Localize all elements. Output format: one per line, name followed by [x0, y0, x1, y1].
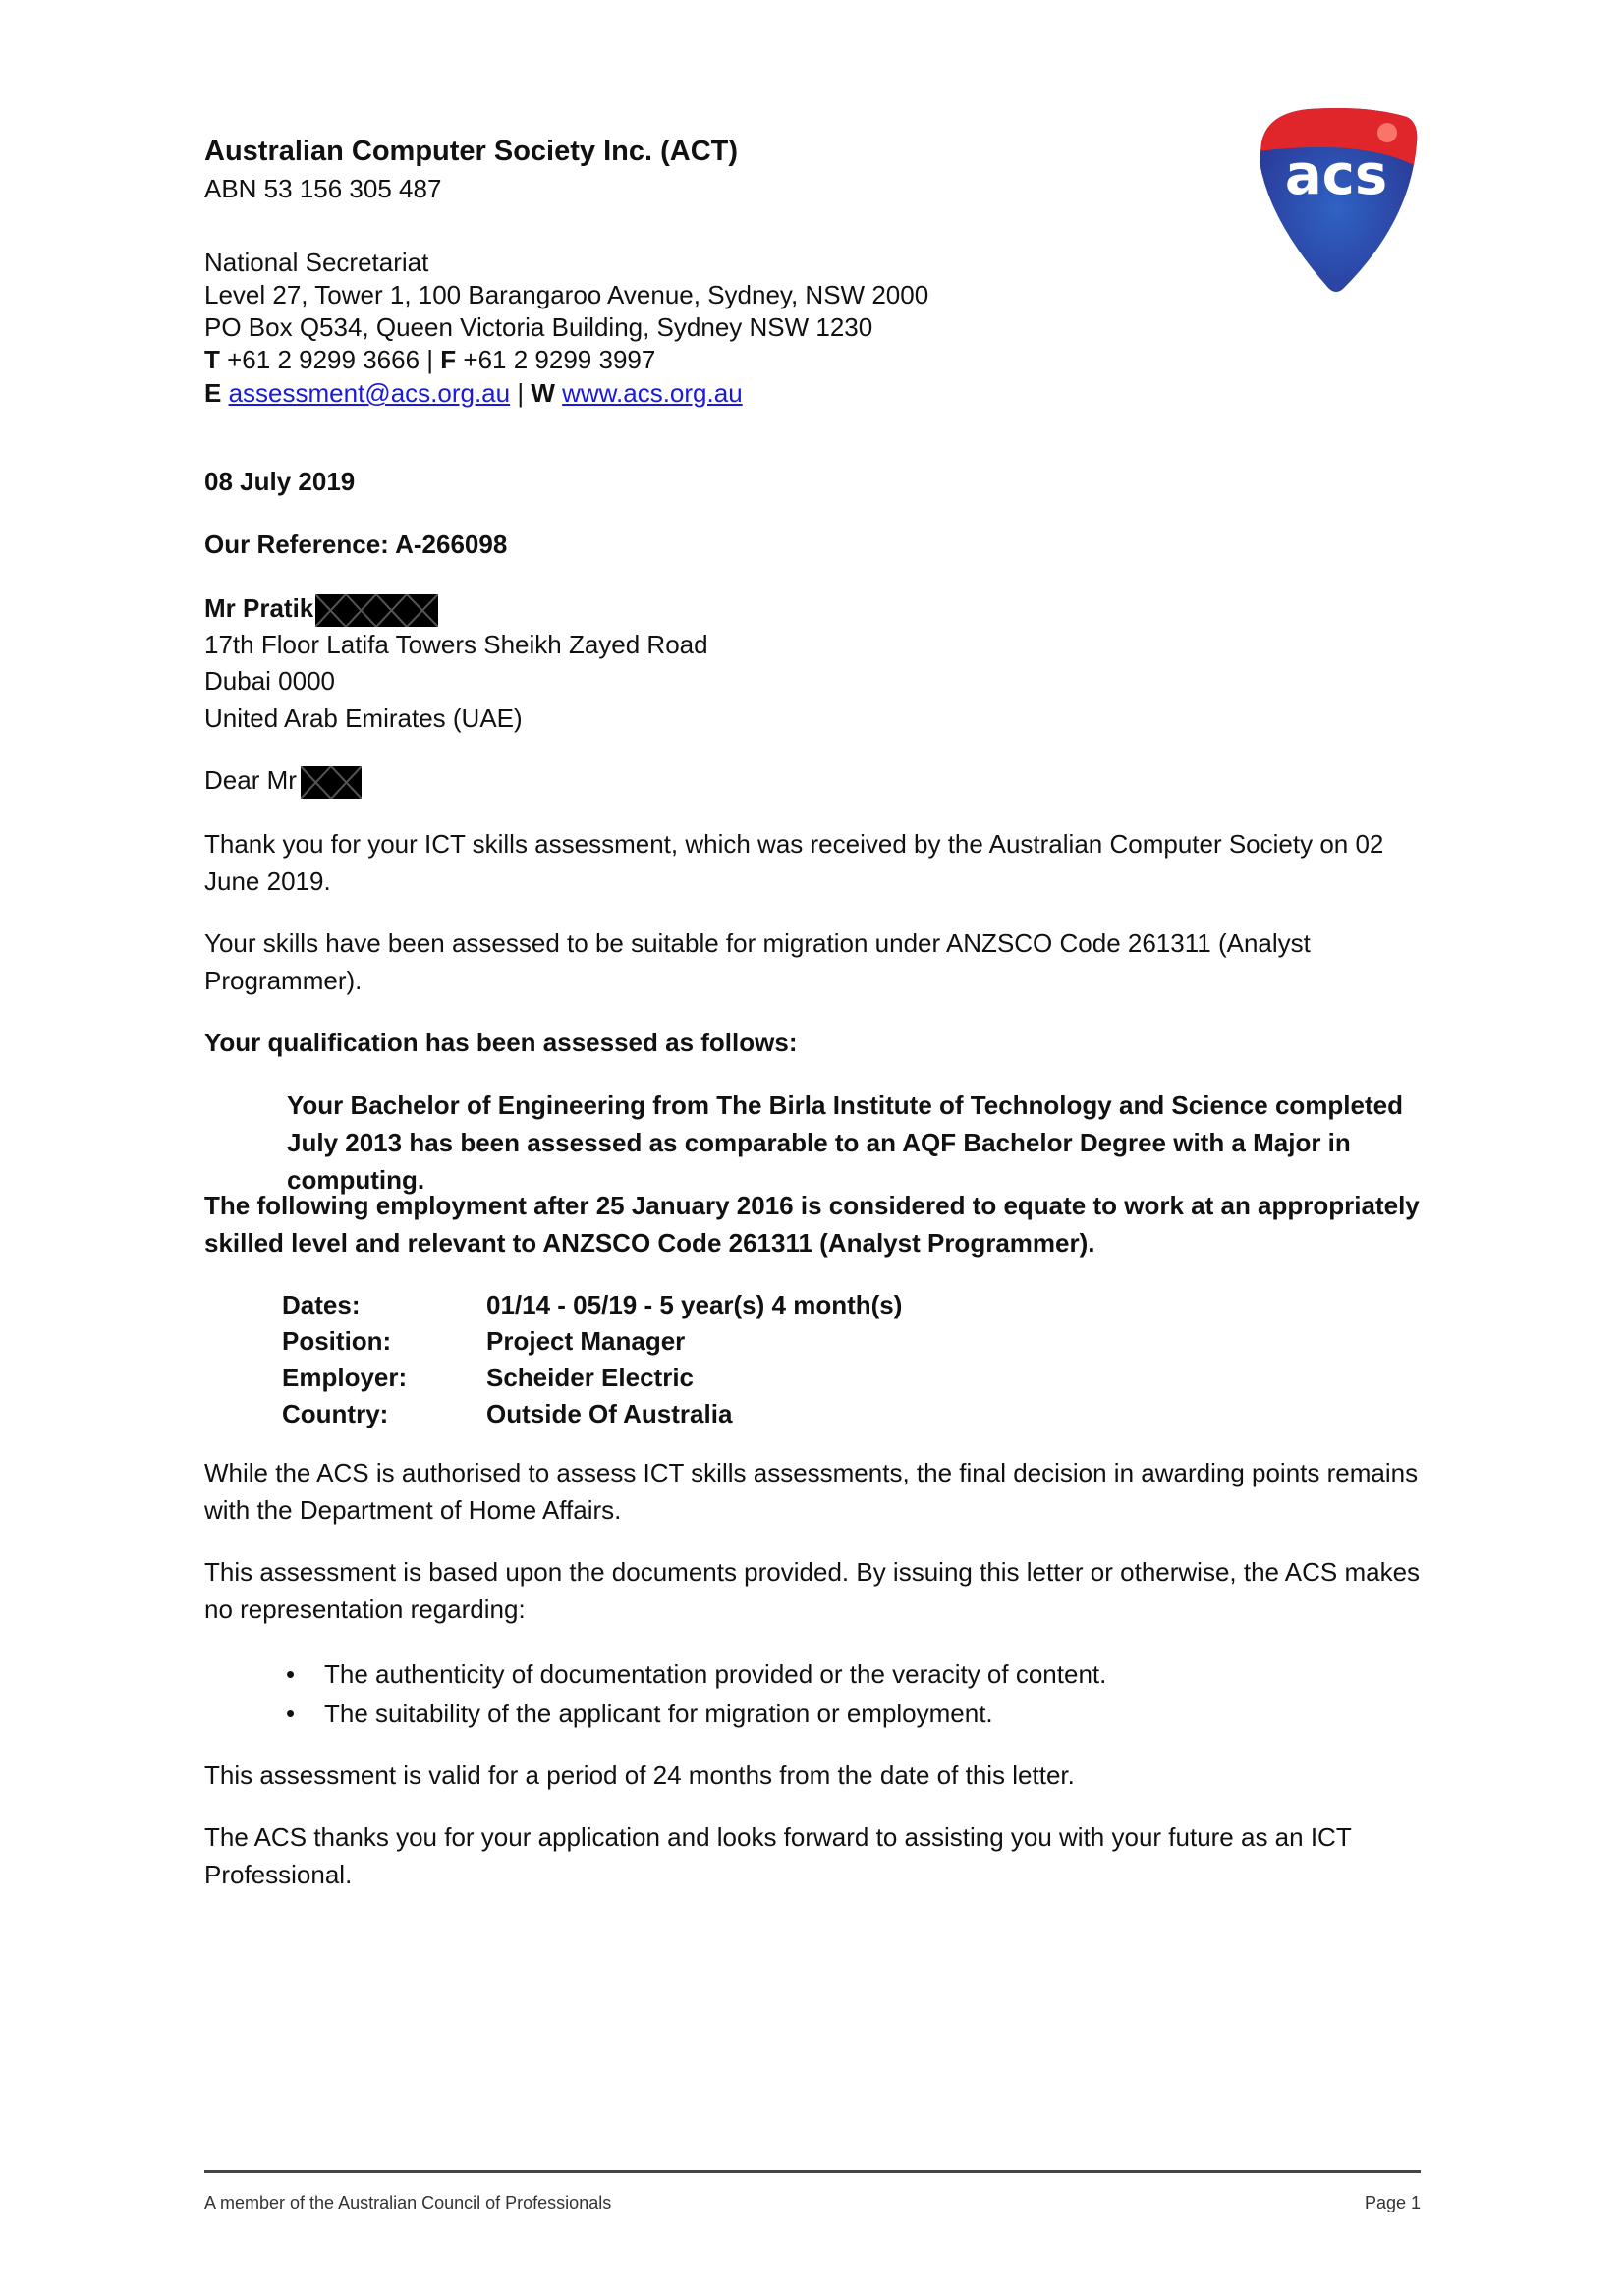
qualification-text: Your Bachelor of Engineering from The Bi… — [287, 1087, 1427, 1199]
country-value: Outside Of Australia — [486, 1396, 732, 1432]
street-address: Level 27, Tower 1, 100 Barangaroo Avenue… — [204, 279, 928, 311]
contact-phone-fax: T +61 2 9299 3666 | F +61 2 9299 3997 — [204, 344, 655, 376]
paragraph-final-decision: While the ACS is authorised to assess IC… — [204, 1454, 1423, 1529]
acs-shield-icon: acs — [1250, 103, 1423, 296]
fax-number: +61 2 9299 3997 — [463, 345, 655, 374]
web-label: W — [531, 378, 555, 408]
paragraph-thanks: The ACS thanks you for your application … — [204, 1819, 1423, 1893]
employment-row-country: Country: Outside Of Australia — [282, 1396, 902, 1432]
qualification-heading: Your qualification has been assessed as … — [204, 1027, 797, 1059]
fax-label: F — [440, 345, 456, 374]
redacted-surname — [315, 594, 438, 627]
employment-row-dates: Dates: 01/14 - 05/19 - 5 year(s) 4 month… — [282, 1287, 902, 1323]
separator: | — [426, 345, 433, 374]
email-label: E — [204, 378, 221, 408]
employment-heading: The following employment after 25 Januar… — [204, 1187, 1423, 1261]
email-link[interactable]: assessment@acs.org.au — [229, 378, 511, 408]
position-value: Project Manager — [486, 1323, 685, 1360]
paragraph-validity: This assessment is valid for a period of… — [204, 1757, 1423, 1794]
reference-number: Our Reference: A-266098 — [204, 529, 507, 561]
phone-label: T — [204, 345, 220, 374]
employer-value: Scheider Electric — [486, 1360, 694, 1396]
paragraph-received: Thank you for your ICT skills assessment… — [204, 825, 1423, 900]
redacted-surname — [301, 766, 362, 799]
postal-address: PO Box Q534, Queen Victoria Building, Sy… — [204, 311, 872, 344]
employment-details: Dates: 01/14 - 05/19 - 5 year(s) 4 month… — [282, 1287, 902, 1432]
recipient-address-2: Dubai 0000 — [204, 665, 335, 698]
list-item: The suitability of the applicant for mig… — [204, 1694, 1423, 1733]
org-name: Australian Computer Society Inc. (ACT) — [204, 136, 738, 168]
abn: ABN 53 156 305 487 — [204, 173, 441, 205]
employment-row-employer: Employer: Scheider Electric — [282, 1360, 902, 1396]
recipient-name: Mr Pratik — [204, 593, 313, 623]
paragraph-suitability: Your skills have been assessed to be sui… — [204, 924, 1423, 999]
contact-email-web: E assessment@acs.org.au | W www.acs.org.… — [204, 377, 743, 410]
recipient-address-3: United Arab Emirates (UAE) — [204, 702, 523, 735]
footer-divider — [204, 2170, 1421, 2173]
salutation-line: Dear Mr — [204, 764, 362, 799]
representation-list: The authenticity of documentation provid… — [204, 1654, 1423, 1733]
acs-logo: acs — [1250, 103, 1423, 296]
dates-label: Dates: — [282, 1287, 486, 1323]
office-name: National Secretariat — [204, 247, 428, 279]
employer-label: Employer: — [282, 1360, 486, 1396]
letter-date: 08 July 2019 — [204, 466, 355, 498]
position-label: Position: — [282, 1323, 486, 1360]
phone-number: +61 2 9299 3666 — [227, 345, 420, 374]
country-label: Country: — [282, 1396, 486, 1432]
recipient-address-1: 17th Floor Latifa Towers Sheikh Zayed Ro… — [204, 629, 708, 661]
list-item: The authenticity of documentation provid… — [204, 1654, 1423, 1694]
dates-value: 01/14 - 05/19 - 5 year(s) 4 month(s) — [486, 1287, 902, 1323]
website-link[interactable]: www.acs.org.au — [562, 378, 743, 408]
footer-membership: A member of the Australian Council of Pr… — [204, 2193, 611, 2213]
separator: | — [517, 378, 524, 408]
page-number: Page 1 — [1365, 2193, 1421, 2213]
paragraph-representation: This assessment is based upon the docume… — [204, 1553, 1423, 1628]
salutation: Dear Mr — [204, 765, 297, 795]
svg-text:acs: acs — [1285, 143, 1387, 207]
recipient-name-line: Mr Pratik — [204, 592, 438, 627]
employment-row-position: Position: Project Manager — [282, 1323, 902, 1360]
